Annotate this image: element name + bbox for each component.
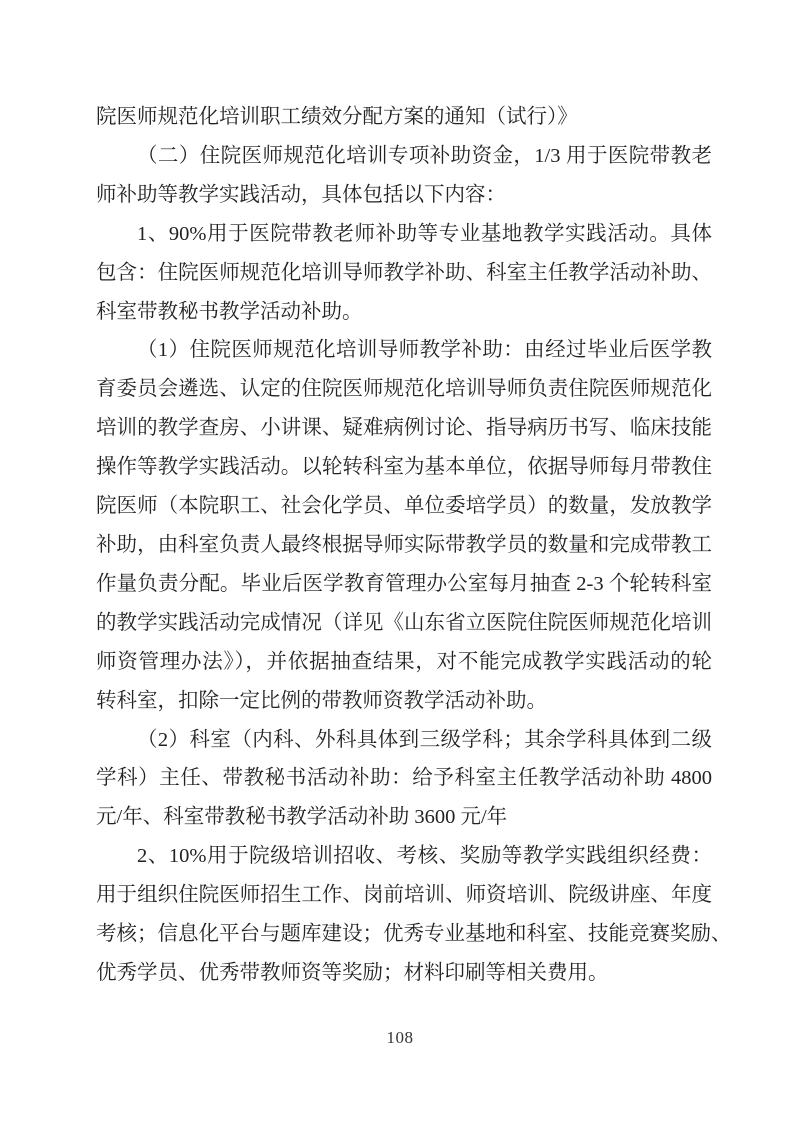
text-line: 补助，由科室负责人最终根据导师实际带教学员的数量和完成带教工 (96, 526, 712, 565)
text-line: 1、90%用于医院带教老师补助等专业基地教学实践活动。具体 (96, 215, 712, 254)
paragraph: （二）住院医师规范化培训专项补助资金，1/3 用于医院带教老师补助等教学实践活动… (96, 137, 712, 215)
text-line: （2）科室（内科、外科具体到三级学科；其余学科具体到二级 (96, 721, 712, 760)
text-line: 2、10%用于院级培训招收、考核、奖励等教学实践组织经费： (96, 837, 712, 876)
text-line: 师补助等教学实践活动，具体包括以下内容： (96, 176, 712, 215)
text-line: 院医师规范化培训职工绩效分配方案的通知（试行）》 (96, 98, 712, 137)
text-line: （二）住院医师规范化培训专项补助资金，1/3 用于医院带教老 (96, 137, 712, 176)
text-line: 用于组织住院医师招生工作、岗前培训、师资培训、院级讲座、年度 (96, 876, 712, 915)
text-line: 科室带教秘书教学活动补助。 (96, 293, 712, 332)
text-line: 育委员会遴选、认定的住院医师规范化培训导师负责住院医师规范化 (96, 370, 712, 409)
document-body: 院医师规范化培训职工绩效分配方案的通知（试行）》（二）住院医师规范化培训专项补助… (96, 98, 712, 993)
text-line: 的教学实践活动完成情况（详见《山东省立医院住院医师规范化培训 (96, 604, 712, 643)
paragraph: 1、90%用于医院带教老师补助等专业基地教学实践活动。具体包含：住院医师规范化培… (96, 215, 712, 332)
text-line: （1）住院医师规范化培训导师教学补助：由经过毕业后医学教 (96, 331, 712, 370)
text-line: 优秀学员、优秀带教师资等奖励；材料印刷等相关费用。 (96, 954, 712, 993)
page-number: 108 (387, 1028, 414, 1047)
text-line: 培训的教学查房、小讲课、疑难病例讨论、指导病历书写、临床技能 (96, 409, 712, 448)
text-line: 操作等教学实践活动。以轮转科室为基本单位，依据导师每月带教住 (96, 448, 712, 487)
text-line: 师资管理办法》），并依据抽查结果，对不能完成教学实践活动的轮 (96, 643, 712, 682)
document-page: 院医师规范化培训职工绩效分配方案的通知（试行）》（二）住院医师规范化培训专项补助… (0, 0, 800, 1129)
text-line: 考核；信息化平台与题库建设；优秀专业基地和科室、技能竞赛奖励、 (96, 915, 712, 954)
text-line: 院医师（本院职工、社会化学员、单位委培学员）的数量，发放教学 (96, 487, 712, 526)
paragraph: （1）住院医师规范化培训导师教学补助：由经过毕业后医学教育委员会遴选、认定的住院… (96, 331, 712, 720)
paragraph: 2、10%用于院级培训招收、考核、奖励等教学实践组织经费：用于组织住院医师招生工… (96, 837, 712, 993)
text-line: 包含：住院医师规范化培训导师教学补助、科室主任教学活动补助、 (96, 254, 712, 293)
text-line: 转科室，扣除一定比例的带教师资教学活动补助。 (96, 682, 712, 721)
text-line: 元/年、科室带教秘书教学活动补助 3600 元/年 (96, 798, 712, 837)
paragraph: 院医师规范化培训职工绩效分配方案的通知（试行）》 (96, 98, 712, 137)
page-footer: 108 (0, 1028, 800, 1048)
text-line: 作量负责分配。毕业后医学教育管理办公室每月抽查 2-3 个轮转科室 (96, 565, 712, 604)
paragraph: （2）科室（内科、外科具体到三级学科；其余学科具体到二级学科）主任、带教秘书活动… (96, 721, 712, 838)
text-line: 学科）主任、带教秘书活动补助：给予科室主任教学活动补助 4800 (96, 759, 712, 798)
